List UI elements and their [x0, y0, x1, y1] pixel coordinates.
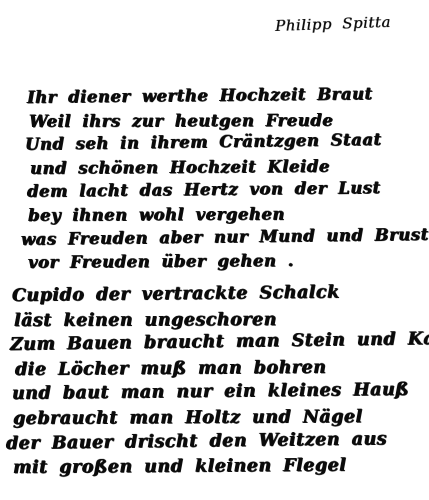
poem-line: und baut man nur ein kleines Hauß — [12, 380, 429, 409]
poem-line: Cupido der vertrackte Schalck — [12, 281, 429, 310]
poem-line: dem lacht das Hertz von der Lust — [27, 178, 429, 206]
poem-line: Ihr diener werthe Hochzeit Braut — [27, 84, 429, 112]
poem-line: mit großen und kleinen Flegel — [13, 455, 429, 483]
owner-inscription: Philipp Spitta — [275, 13, 391, 35]
poem-line: Zum Bauen braucht man Stein und Kalck — [10, 329, 429, 360]
poem-line: der Bauer drischt den Weitzen aus — [6, 428, 429, 458]
stanza-2: Cupido der vertrackte Schalck läst keine… — [12, 286, 429, 483]
manuscript-page: Philipp Spitta Ihr diener werthe Hochzei… — [0, 0, 429, 500]
poem-line: Und seh in ihrem Cräntzgen Staat — [25, 130, 429, 159]
stanza-1: Ihr diener werthe Hochzeit Braut Weil ih… — [27, 88, 429, 277]
poem-line: vor Freuden über gehen . — [28, 250, 429, 276]
poem-line: was Freuden aber nur Mund und Brust — [21, 225, 429, 254]
